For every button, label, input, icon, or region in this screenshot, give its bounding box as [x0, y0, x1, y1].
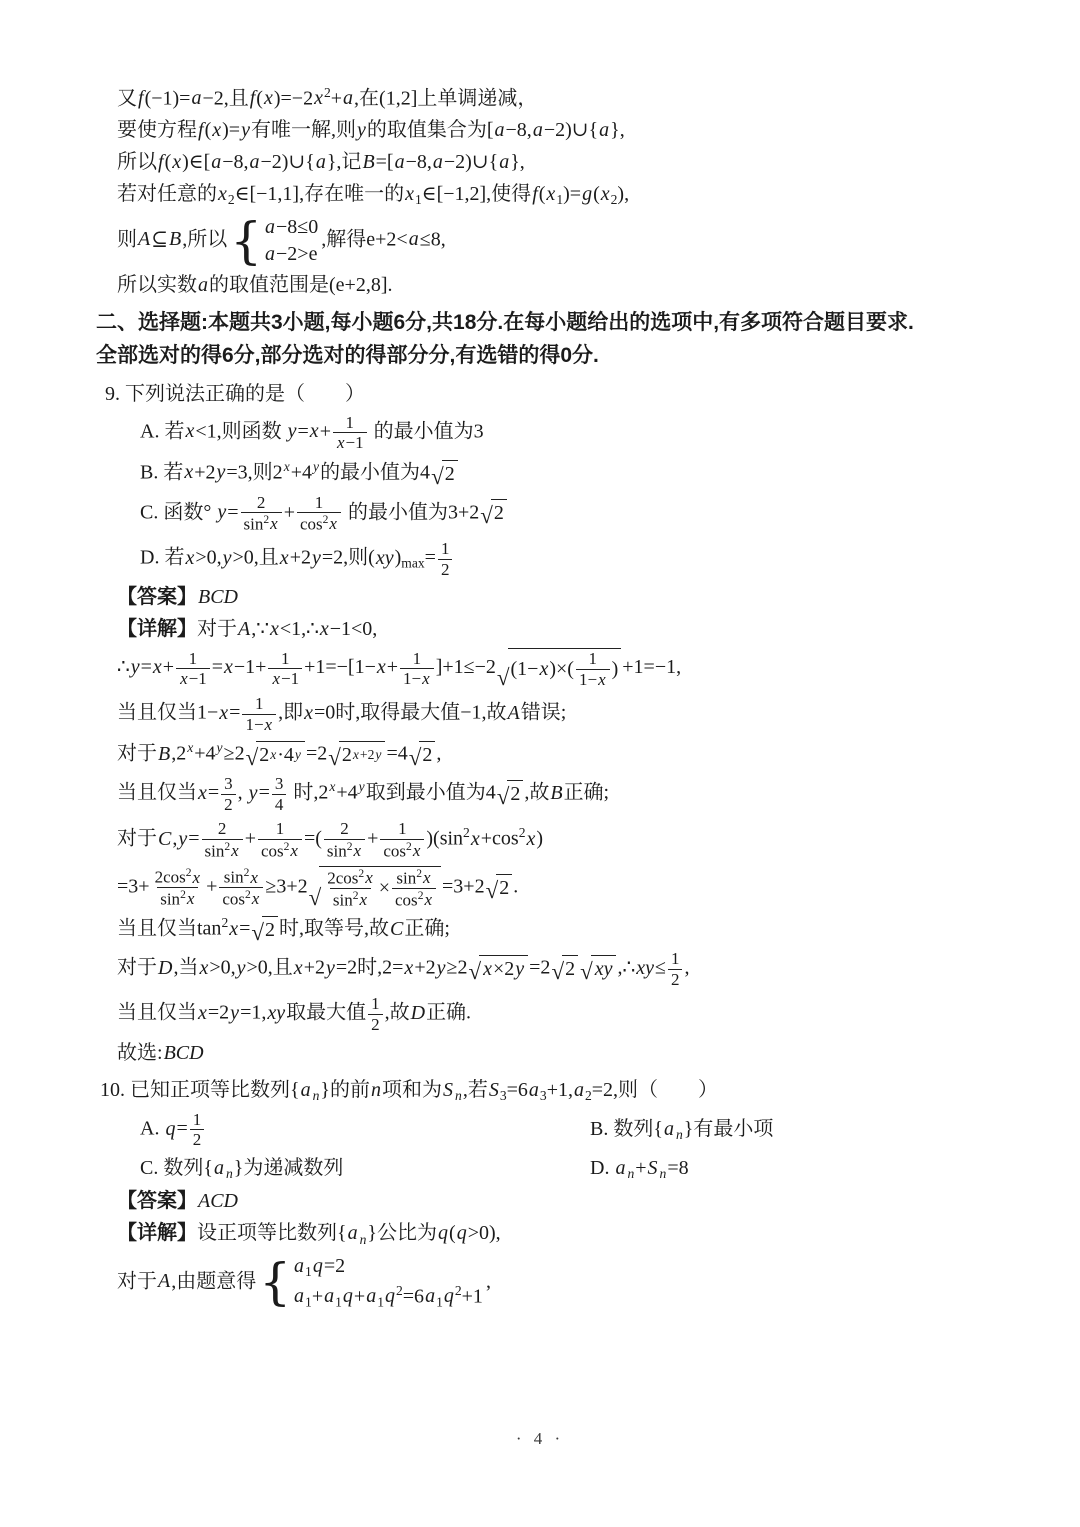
subscript: 1 [335, 1294, 342, 1309]
num-fragment: sin2x [393, 867, 434, 888]
math-variable: y [130, 656, 141, 678]
bold-label: 【答案】 [117, 586, 197, 608]
math-variable: x [183, 461, 194, 483]
radbody-fragment: 2x·4y [256, 741, 305, 769]
num-fragment: 3 [221, 774, 236, 794]
superscript: 2 [396, 1283, 403, 1298]
num-fragment: 2 [337, 819, 352, 839]
solution-line: 当且仅当x=2y=1,xy取最大值12,故D正确. [117, 994, 1050, 1034]
math-variable: x [218, 702, 229, 724]
radbody-fragment: 2 [442, 460, 458, 488]
math-variable: S [488, 1079, 500, 1101]
superscript: 2 [186, 866, 192, 879]
rows-fragment: a1q=2a1+a1q+a1q2=6a1q2+1 [293, 1254, 483, 1312]
math-variable: a [573, 1079, 585, 1101]
fraction: 1cos2x [258, 819, 302, 860]
math-variable: x [171, 151, 182, 173]
math-variable: x [192, 868, 202, 887]
fraction: 12 [668, 949, 683, 989]
math-variable: x [152, 656, 163, 678]
solution-line: 要使方程f(x)=y有唯一解,则y的取值集合为[a−8,a−2)∪{a}, [117, 117, 1050, 144]
den-fragment: sin2x [202, 839, 243, 861]
subscript: n [626, 1166, 635, 1181]
math-variable: x [230, 841, 240, 860]
num-fragment: 2cos2x [324, 867, 377, 888]
crow-fragment: a1+a1q+a1q2=6a1q2+1 [293, 1283, 483, 1312]
math-variable: q [312, 1255, 324, 1277]
subscript: 1 [377, 1294, 384, 1309]
math-variable: x [421, 669, 431, 688]
math-variable: a [249, 151, 261, 173]
superscript: 2 [463, 825, 470, 840]
math-variable: x [251, 889, 261, 908]
math-variable: x [271, 669, 281, 688]
math-variable: a [293, 1285, 305, 1307]
math-variable: xy [635, 957, 655, 979]
math-variable: y [229, 1002, 240, 1024]
answer-choice-9: 故选:BCD [117, 1040, 1050, 1067]
math-variable: a [614, 1157, 626, 1179]
math-variable: a [365, 1285, 377, 1307]
math-variable: x [538, 656, 549, 683]
options-10-cd-col-0: C. 数列{an}为递减数列 [140, 1155, 590, 1183]
math-variable: BCD [163, 1042, 205, 1064]
solution-line: =3+2cos2xsin2x+sin2xcos2x≥3+2√2cos2xsin2… [117, 866, 1050, 910]
subscript: n [675, 1127, 684, 1142]
math-variable: x [269, 514, 279, 533]
solution-line: 所以f(x)∈[a−8,a−2)∪{a},记B=[a−8,a−2)∪{a}, [117, 149, 1050, 176]
radical: √2 [251, 916, 278, 944]
den-fragment: x−1 [333, 432, 367, 453]
math-variable: x [184, 420, 195, 442]
num-fragment: 2cos2x [152, 866, 205, 887]
question-9: 9. 下列说法正确的是（ ） [105, 381, 1050, 408]
math-variable: g [581, 183, 593, 205]
num-fragment: 2 [254, 493, 269, 513]
den-fragment: 2 [190, 1129, 205, 1150]
subscript: 1 [556, 193, 563, 208]
num-fragment: 1 [395, 819, 410, 839]
subscript: 2 [585, 1088, 592, 1103]
math-variable: x [211, 119, 222, 141]
num-fragment: 3 [272, 774, 287, 794]
radical: √2x+2y [328, 741, 385, 769]
subscript: 2 [611, 193, 618, 208]
options-10-cd: C. 数列{an}为递减数列D. an+Sn=8 [140, 1155, 1050, 1183]
math-variable: y [216, 501, 227, 523]
math-variable: x [309, 420, 320, 442]
math-variable: x [264, 715, 274, 734]
math-variable: f [197, 119, 205, 141]
math-variable: a [532, 119, 544, 141]
superscript: y [312, 459, 320, 474]
den-fragment: cos2x [380, 839, 424, 861]
radical: √2 [409, 741, 436, 769]
subscript: 2 [228, 193, 235, 208]
math-variable: a [494, 119, 506, 141]
math-variable: A [157, 1270, 171, 1292]
radbody-fragment: 2cos2xsin2x×sin2xcos2x [319, 866, 441, 910]
den-fragment: sin2x [330, 888, 371, 910]
math-variable: a [498, 151, 510, 173]
math-variable: x [303, 702, 314, 724]
math-variable: x [403, 957, 414, 979]
math-variable: x [184, 547, 195, 569]
math-variable: a [210, 151, 222, 173]
math-variable: y [222, 547, 233, 569]
math-variable: x [279, 547, 290, 569]
math-variable: f [249, 87, 257, 109]
radical: √2 [551, 955, 578, 983]
math-variable: a [213, 1157, 225, 1179]
math-variable: y [287, 420, 298, 442]
den-fragment: 1−x [242, 714, 276, 735]
rows-fragment: a−8≤0a−2>e [264, 215, 318, 267]
options-10-ab: A. q=12B. 数列{an}有最小项 [140, 1110, 1050, 1150]
math-variable: x [364, 868, 374, 887]
subscript: n [225, 1166, 234, 1181]
solution-line: 当且仅当tan2x=√2时,取等号,故C正确; [117, 914, 1050, 944]
math-variable: S [442, 1079, 454, 1101]
math-variable: B [549, 782, 563, 804]
math-variable: x [217, 183, 228, 205]
math-variable: x [223, 656, 234, 678]
den-fragment: cos2x [219, 887, 263, 909]
math-variable: x [404, 183, 415, 205]
math-variable: n [359, 1232, 368, 1247]
solution-line: 对于A,由题意得{a1q=2a1+a1q+a1q2=6a1q2+1, [117, 1254, 1050, 1312]
subscript: 3 [500, 1088, 507, 1103]
solution-line: 对于C,y=2sin2x+1cos2x=(2sin2x+1cos2x)(sin2… [117, 819, 1050, 860]
fraction: 11−x [242, 694, 276, 734]
num-fragment: 1 [668, 949, 683, 969]
math-variable: a [663, 1118, 675, 1140]
radbody-fragment: 2 [507, 780, 523, 808]
solution-line: 【详解】设正项等比数列{an}公比为q(q>0), [117, 1220, 1050, 1248]
math-variable: y [311, 547, 322, 569]
math-variable: y [248, 782, 259, 804]
den-fragment: 4 [272, 794, 287, 815]
math-variable: a [323, 1285, 335, 1307]
radbody-fragment: (1−x)×(11−x) [508, 648, 622, 689]
math-variable: A [507, 702, 521, 724]
exam-page: 又f(−1)=a−2,且f(x)=−2x2+a,在(1,2]上单调递减，要使方程… [0, 0, 1080, 1527]
solution-line: 【详解】对于A,∵x<1,∴x−1<0, [117, 616, 1050, 643]
superscript: x+2y [352, 746, 383, 764]
fraction: 2sin2x [241, 493, 282, 534]
math-variable: y [236, 957, 247, 979]
left-brace-icon: { [230, 220, 262, 263]
radbody-fragment: 2 [491, 499, 507, 527]
math-variable: a [528, 1079, 540, 1101]
den-fragment: 2 [438, 559, 453, 580]
math-variable: x [412, 841, 422, 860]
math-variable: xy [594, 956, 614, 983]
fraction: 1x−1 [333, 413, 367, 453]
math-variable: x [186, 740, 194, 755]
math-variable: x [283, 459, 291, 474]
fraction: 2cos2xsin2x [324, 867, 377, 910]
solution-line: 若对任意的x2∈[−1,1],存在唯一的x1∈[−1,2],使得f(x1)=g(… [117, 181, 1050, 209]
math-variable: x [198, 957, 209, 979]
radical: √2 [431, 460, 458, 488]
math-variable: A [137, 228, 151, 250]
math-variable: x [293, 957, 304, 979]
num-fragment: 1 [586, 649, 601, 669]
radbody-fragment: 2 [262, 916, 278, 944]
math-variable: x [352, 747, 360, 762]
fraction: 1x−1 [176, 649, 210, 689]
math-variable: B [168, 228, 182, 250]
math-variable: x [197, 782, 208, 804]
math-variable: B [361, 151, 375, 173]
subscript: 1 [305, 1264, 312, 1279]
math-variable: x [269, 618, 280, 640]
subscript: 3 [540, 1088, 547, 1103]
math-variable: y [514, 956, 525, 983]
num-fragment: sin2x [221, 866, 262, 887]
den-fragment: cos2x [392, 888, 436, 910]
math-variable: y [216, 461, 227, 483]
math-variable: y [374, 747, 382, 762]
document-content: 又f(−1)=a−2,且f(x)=−2x2+a,在(1,2]上单调递减，要使方程… [96, 84, 1050, 1311]
fraction: 2sin2x [202, 819, 243, 860]
math-variable: x [179, 669, 189, 688]
den-fragment: 2 [668, 969, 683, 990]
math-variable: x [545, 183, 556, 205]
math-variable: x [359, 890, 369, 909]
math-variable: x [376, 656, 387, 678]
solution-line: ∴y=x+1x−1=x−1+1x−1+1=−[1−x+11−x]+1≤−2√(1… [117, 648, 1050, 689]
math-variable: S [647, 1157, 659, 1179]
solution-line: 又f(−1)=a−2,且f(x)=−2x2+a,在(1,2]上单调递减， [117, 84, 1050, 112]
fraction: 32 [221, 774, 236, 814]
math-variable: x [186, 889, 196, 908]
options-10-ab-col-1: B. 数列{an}有最小项 [590, 1116, 773, 1144]
math-variable: x [597, 670, 607, 689]
superscript: 2 [324, 85, 331, 100]
math-variable: q [384, 1285, 396, 1307]
math-variable: x [249, 868, 259, 887]
math-variable: a [342, 87, 354, 109]
bold-label: 【详解】 [117, 1222, 197, 1244]
superscript: 2 [406, 840, 412, 853]
math-variable: y [356, 119, 367, 141]
den-fragment: x−1 [176, 668, 210, 689]
math-variable: a [190, 87, 202, 109]
math-variable: y [325, 957, 336, 979]
answer-9: 【答案】BCD [117, 584, 1050, 611]
math-variable: x [600, 183, 611, 205]
subscript: max [401, 556, 424, 571]
subscript: n [359, 1232, 368, 1247]
math-variable: y [294, 747, 302, 762]
fraction: 1cos2x [297, 493, 341, 534]
math-variable: n [626, 1166, 635, 1181]
question-10: 10. 已知正项等比数列{an}的前n项和为Sn,若S3=6a3+1,a2=2,… [100, 1077, 1050, 1105]
options-10-ab-col-0: A. q=12 [140, 1110, 590, 1150]
superscript: y [216, 740, 224, 755]
math-variable: x [197, 1002, 208, 1024]
crow-fragment: a1q=2 [293, 1254, 483, 1281]
option-9d: D. 若x>0,y>0,且x+2y=2,则(xy)max=12 [140, 539, 1050, 579]
section-header: 全部选对的得6分,部分选对的得部分分,有选错的得0分. [96, 342, 1050, 370]
math-variable: q [443, 1285, 455, 1307]
math-variable: n [312, 1088, 321, 1103]
math-variable: A [237, 618, 251, 640]
fraction: 12 [438, 539, 453, 579]
math-variable: x [482, 956, 493, 983]
num-fragment: 2 [215, 819, 230, 839]
den-fragment: 1−x [400, 668, 434, 689]
math-variable: a [197, 274, 209, 296]
math-variable: x [328, 514, 338, 533]
fraction: 12 [190, 1110, 205, 1150]
num-fragment: 1 [252, 694, 267, 714]
math-variable: a [424, 1285, 436, 1307]
math-variable: xy [375, 547, 395, 569]
math-variable: ACD [197, 1190, 239, 1212]
num-fragment: 1 [312, 493, 327, 513]
solution-line: 对于D,当x>0,y>0,且x+2y=2时,2=x+2y≥2√x×2y=2√2√… [117, 949, 1050, 989]
subscript: 1 [305, 1294, 312, 1309]
math-variable: x [470, 828, 481, 850]
crow-fragment: a−8≤0 [264, 215, 318, 240]
math-variable: xy [266, 1002, 286, 1024]
math-variable: q [437, 1222, 449, 1244]
radbody-fragment: xy [591, 955, 617, 983]
superscript: x [186, 740, 194, 755]
superscript: 2 [245, 888, 251, 901]
radical: √x×2y [468, 955, 528, 983]
math-variable: n [675, 1127, 684, 1142]
den-fragment: 1−x [576, 669, 610, 690]
radical: √2cos2xsin2x×sin2xcos2x [309, 866, 441, 910]
den-fragment: 2 [221, 794, 236, 815]
page-number: · 4 · [0, 1429, 1080, 1449]
bold-label: 【答案】 [117, 1190, 197, 1212]
math-variable: a [264, 216, 276, 238]
math-variable: y [177, 828, 188, 850]
solution-line: 当且仅当1−x=11−x,即x=0时,取得最大值−1,故A错误; [117, 694, 1050, 734]
subscript: n [312, 1088, 321, 1103]
superscript: y [358, 779, 366, 794]
option-9a: A. 若x<1,则函数 y=x+1x−1 的最小值为3 [140, 413, 1050, 453]
fraction: 1cos2x [380, 819, 424, 860]
math-variable: x [319, 618, 330, 640]
math-variable: y [358, 779, 366, 794]
math-variable: y [240, 119, 251, 141]
math-variable: a [432, 151, 444, 173]
num-fragment: 1 [278, 649, 293, 669]
num-fragment: 1 [438, 539, 453, 559]
superscript: 2 [353, 889, 359, 902]
bold-label: 【详解】 [117, 618, 197, 640]
subscript: 1 [436, 1294, 443, 1309]
math-variable: n [454, 1088, 463, 1103]
math-variable: x [328, 779, 336, 794]
math-variable: a [347, 1222, 359, 1244]
superscript: y [294, 746, 302, 764]
solution-line: 对于B,2x+4y≥2√2x·4y=2√2x+2y=4√2, [117, 739, 1050, 769]
num-fragment: 1 [273, 819, 288, 839]
subscript: n [454, 1088, 463, 1103]
math-variable: B [157, 743, 171, 765]
radbody-fragment: 2 [496, 874, 512, 902]
superscript: 2 [180, 888, 186, 901]
left-brace-icon: { [259, 1261, 291, 1304]
math-variable: x [525, 828, 536, 850]
math-variable: x [353, 841, 363, 860]
radical: √2 [497, 780, 524, 808]
den-fragment: 2 [368, 1014, 383, 1035]
math-variable: a [300, 1079, 312, 1101]
superscript: 2 [347, 840, 353, 853]
case-system: {a1q=2a1+a1q+a1q2=6a1q2+1 [259, 1254, 483, 1312]
fraction: sin2xcos2x [219, 866, 263, 909]
den-fragment: x−1 [268, 668, 302, 689]
superscript: x [328, 779, 336, 794]
fraction: 1x−1 [268, 649, 302, 689]
options-10-cd-col-1: D. an+Sn=8 [590, 1155, 689, 1183]
den-fragment: sin2x [324, 839, 365, 861]
math-variable: x [423, 890, 433, 909]
math-variable: x [336, 433, 346, 452]
math-variable: q [342, 1285, 354, 1307]
radical: √2x·4y [246, 741, 305, 769]
radbody-fragment: x×2y [479, 955, 528, 983]
crow-fragment: a−2>e [264, 242, 318, 267]
fraction: 11−x [576, 649, 610, 689]
math-variable: y [436, 957, 447, 979]
fraction: 2cos2xsin2x [152, 866, 205, 909]
fraction: sin2xcos2x [392, 867, 436, 910]
fraction: 34 [272, 774, 287, 814]
math-variable: a [293, 1255, 305, 1277]
radical: √xy [580, 955, 616, 983]
fraction: 2sin2x [324, 819, 365, 860]
fraction: 12 [368, 994, 383, 1034]
radical: √2 [486, 874, 513, 902]
num-fragment: 1 [190, 1110, 205, 1130]
superscript: x [269, 746, 277, 764]
radical: √(1−x)×(11−x) [497, 648, 621, 689]
option-9c: C. 函数° y=2sin2x+1cos2x 的最小值为3+2√2 [140, 493, 1050, 534]
math-variable: C [389, 918, 404, 940]
math-variable: x [269, 747, 277, 762]
math-variable: x [228, 918, 239, 940]
math-variable: BCD [197, 586, 239, 608]
math-variable: q [164, 1118, 176, 1140]
math-variable: a [315, 151, 327, 173]
case-system: {a−8≤0a−2>e [230, 215, 318, 267]
num-fragment: 1 [410, 649, 425, 669]
num-fragment: 1 [186, 649, 201, 669]
radical: √2 [480, 499, 507, 527]
solution-line: 所以实数a的取值范围是(e+2,8]. [117, 272, 1050, 299]
math-variable: D [157, 957, 173, 979]
math-variable: x [313, 87, 324, 109]
math-variable: f [157, 151, 165, 173]
superscript: 2 [455, 1283, 462, 1298]
math-variable: C [157, 828, 172, 850]
fraction: 11−x [400, 649, 434, 689]
math-variable: n [659, 1166, 668, 1181]
math-variable: D [410, 1002, 426, 1024]
radbody-fragment: 2x+2y [339, 741, 386, 769]
section-header: 二、选择题:本题共3小题,每小题6分,共18分.在每小题给出的选项中,有多项符合… [96, 309, 1050, 337]
num-fragment: 1 [368, 994, 383, 1014]
